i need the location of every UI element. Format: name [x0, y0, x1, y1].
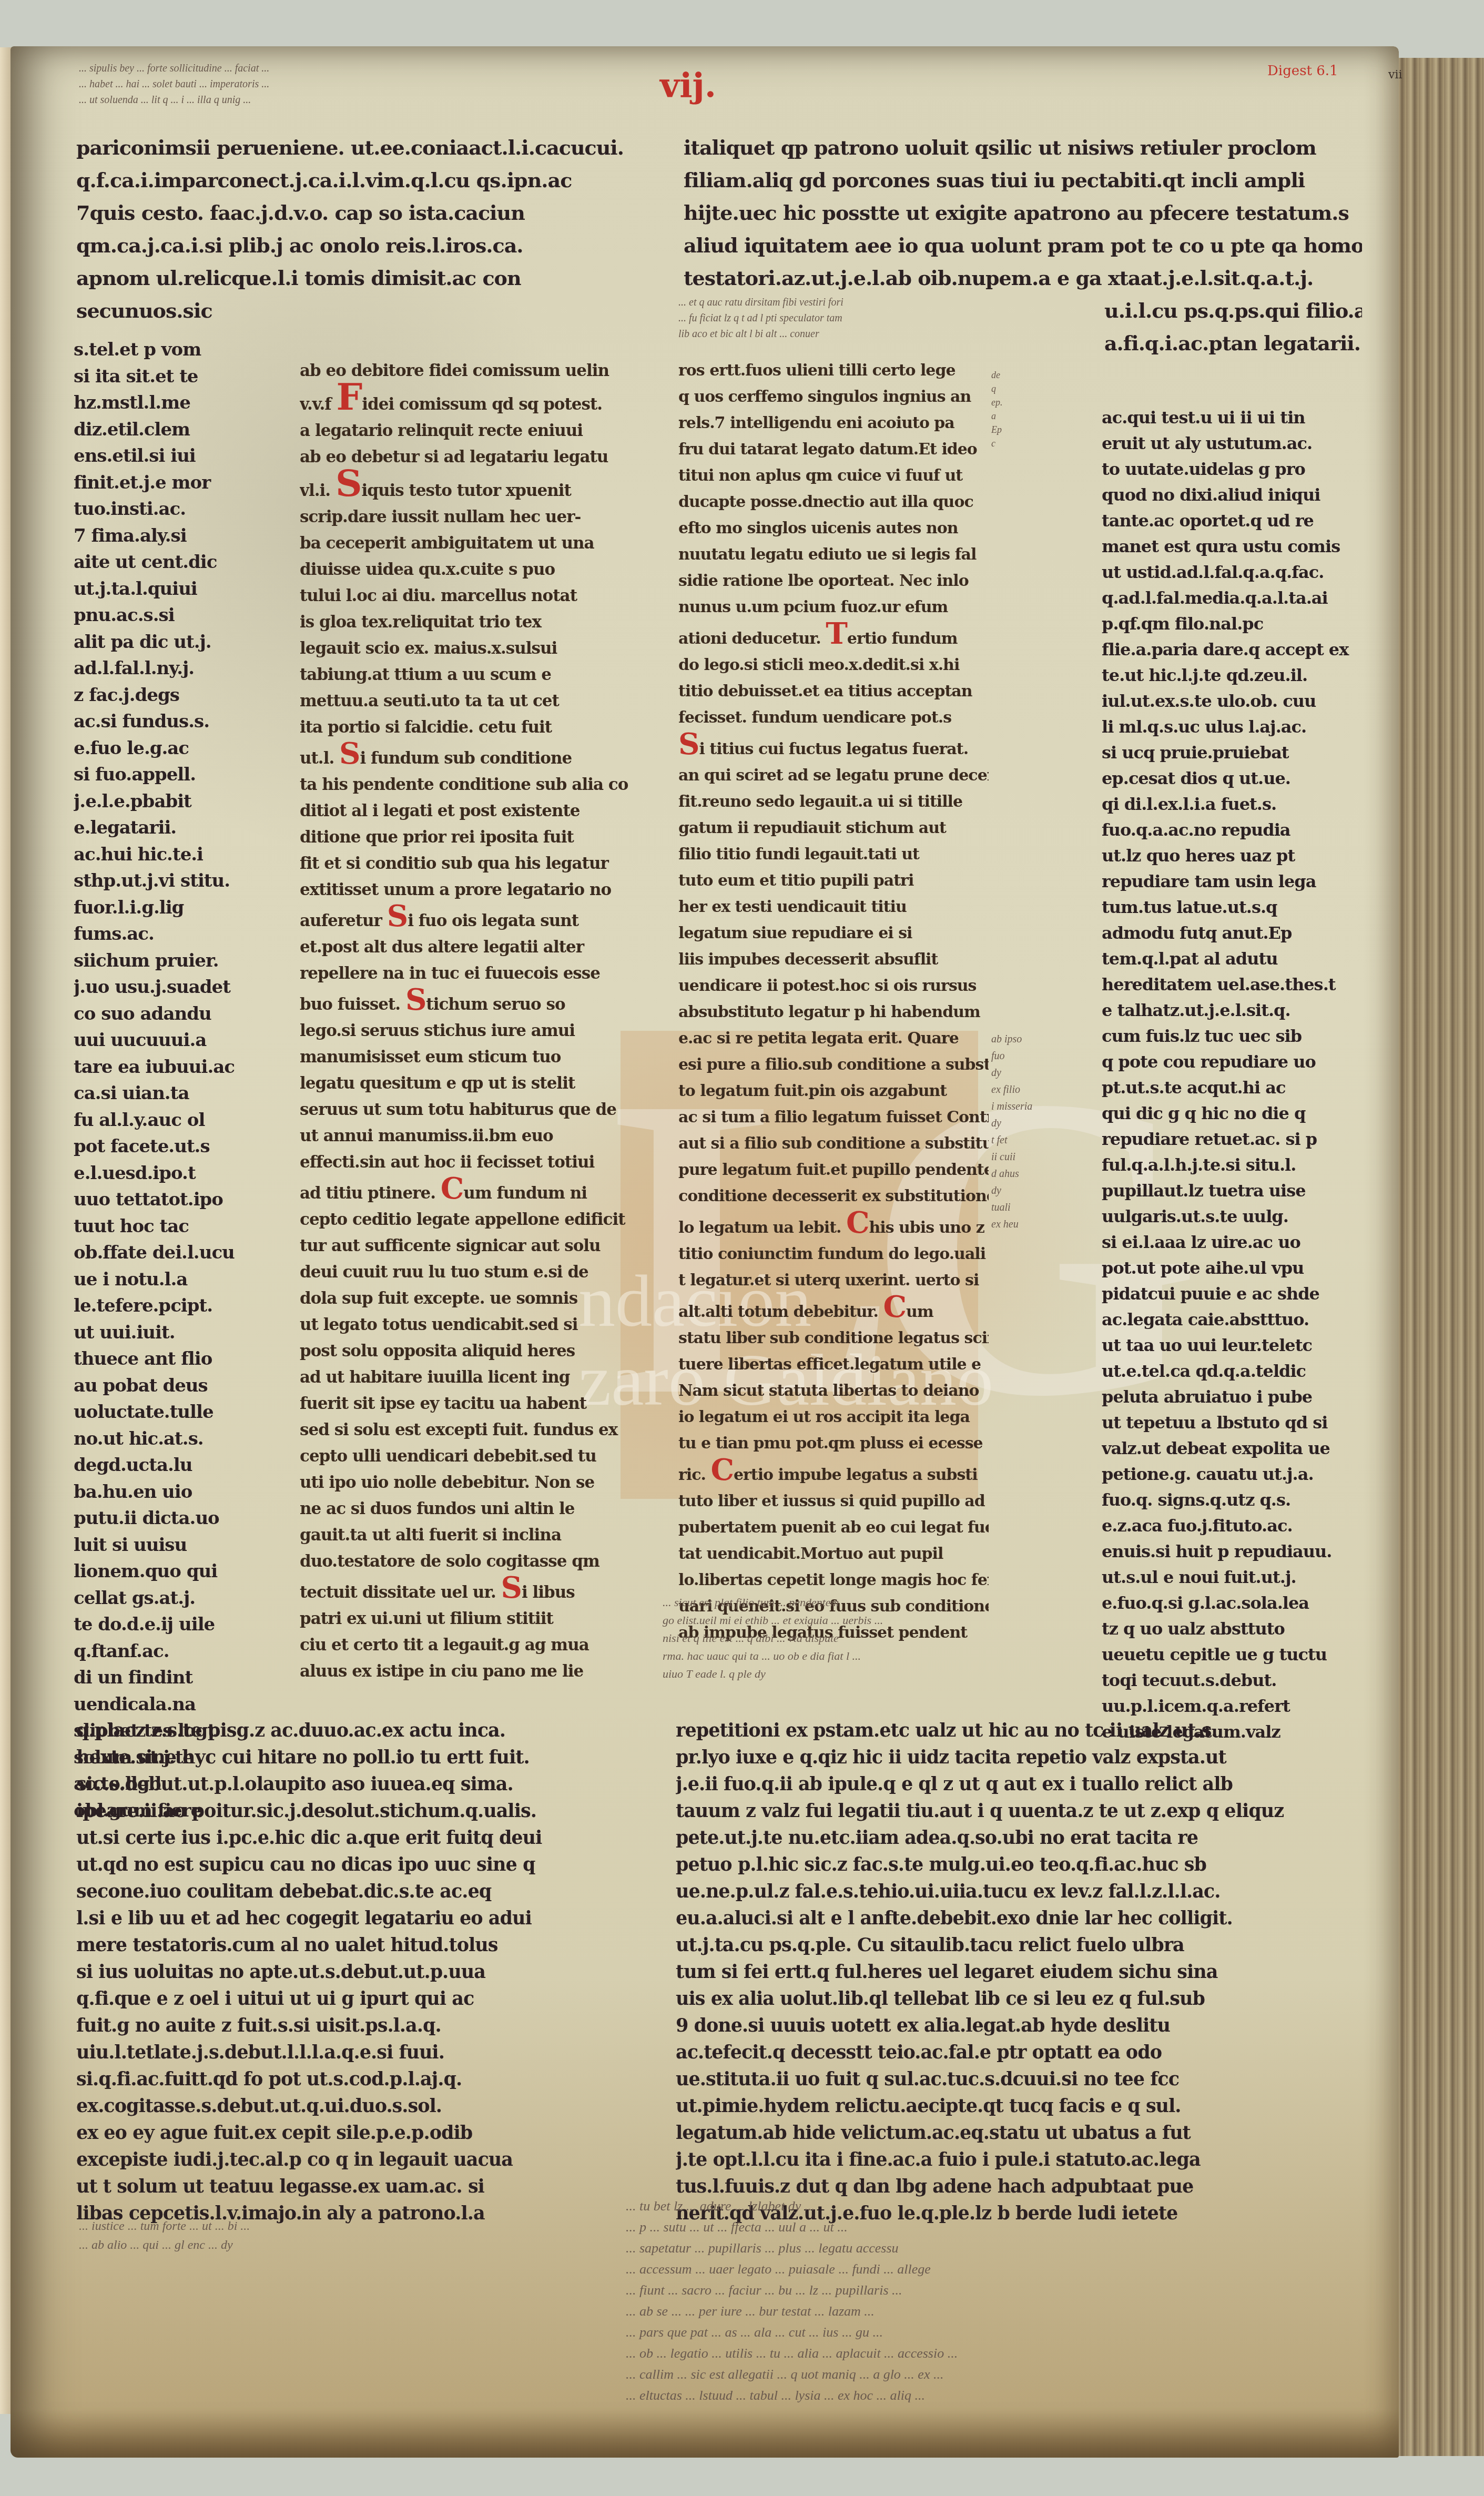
initial-s-red: S	[405, 982, 426, 1017]
initial-s-red: S	[336, 461, 362, 505]
initial-c-red: C	[710, 1453, 734, 1487]
rubric-heading: vij.	[660, 66, 716, 105]
initial-s-blue: S	[501, 1570, 521, 1605]
marginalia-bottom-left: ... iustice ... tum forte ... ut ... bi …	[79, 2217, 605, 2255]
gloss-right-column: ac.qui test.u ui ii ui tin eruit ut aly …	[1102, 405, 1370, 1745]
marginalia-top-left: ... sipulis bey ... forte sollicitudine …	[79, 60, 631, 108]
initial-t-red: T	[826, 616, 847, 651]
gloss-top-left: pariconimsii perueniene. ut.ee.coniaact.…	[76, 131, 628, 327]
initial-s-red: S	[339, 736, 360, 771]
marginalia-side-notes: de q ep. a Ep c	[991, 368, 1049, 450]
gloss-left-column: s.tel.et p vom si ita sit.et te hz.mstl.…	[74, 337, 289, 1824]
marginalia-top-center: ... et q auc ratu dirsitam fibi vestiri …	[678, 295, 1078, 342]
book-fore-edge	[1394, 58, 1484, 2456]
initial-c-red: C	[883, 1290, 907, 1324]
initial-s-red: S	[387, 899, 408, 934]
main-text-column-right: ros ertt.fuos ulieni tilli certo lege q …	[678, 358, 989, 1646]
gloss-bottom-right: repetitioni ex pstam.etc ualz ut hic au …	[676, 1717, 1370, 2227]
marginalia-side-notes-lower: ab ipso fuo dy ex filio i misseria dy t …	[991, 1031, 1054, 1233]
marginalia-center-lower: ... sicut est plat filio tum ... pendent…	[663, 1594, 1010, 1683]
initial-c-red: C	[846, 1205, 869, 1240]
marginalia-bottom-right: ... tu bet lz ... adure ... lzlabet dy .…	[626, 2196, 1373, 2406]
folio-marker-red: Digest 6.1	[1267, 63, 1338, 79]
initial-c-red: C	[441, 1171, 464, 1206]
initial-f-red: F	[337, 375, 362, 419]
initial-s-red: S	[678, 727, 699, 762]
gloss-bottom-left: q.placz z.s.te pisg.z ac.duuo.ac.ex actu…	[76, 1717, 639, 2227]
main-text-column-left: ab eo debitore fidei comissum uelin v.v.…	[300, 358, 647, 1685]
folio-marker-ink: vii	[1388, 68, 1402, 82]
